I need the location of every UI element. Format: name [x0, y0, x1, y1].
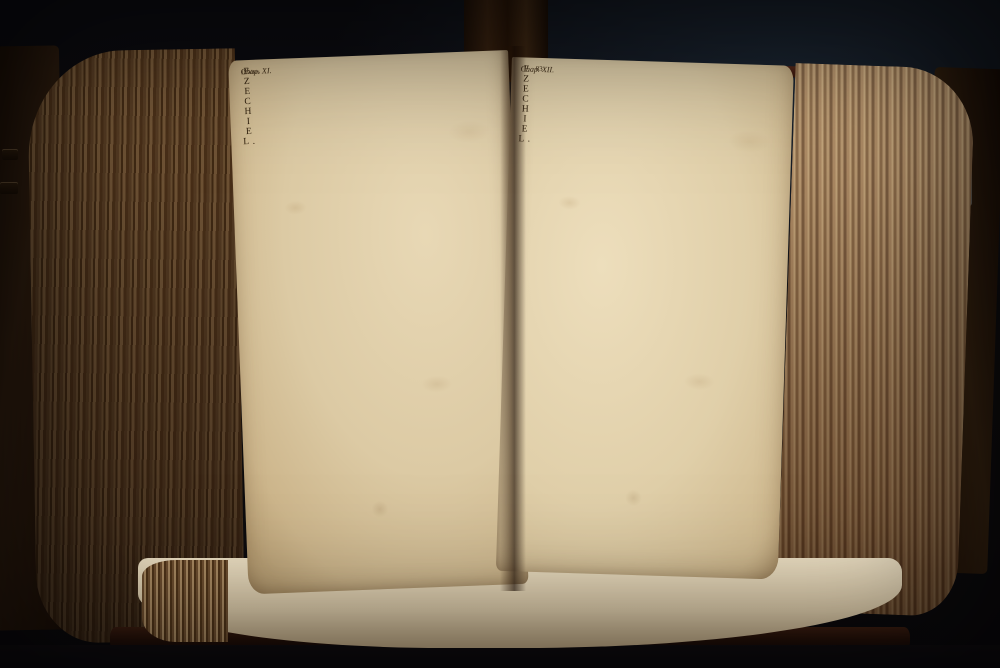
table-front	[0, 645, 1000, 668]
left-page: Chap. XI. E Z E C H I E L. & la semblanc…	[228, 50, 528, 594]
left-fore-edge	[27, 48, 245, 644]
page-stains	[228, 50, 528, 594]
running-title: E Z E C H I E L.	[240, 67, 258, 148]
right-fore-edge	[776, 63, 975, 617]
page-stains	[496, 57, 794, 580]
clasp-icon	[0, 182, 18, 194]
page-number: 83	[521, 64, 543, 73]
right-page: Chap. XII. E Z E C H I E L. 83 10 Vous t…	[496, 57, 794, 580]
bottom-stack-edge	[142, 560, 228, 642]
clasp-icon	[2, 149, 18, 160]
running-title: E Z E C H I E L.	[518, 64, 536, 144]
photo-of-antique-bible: Chap. XI. E Z E C H I E L. & la semblanc…	[0, 0, 1000, 668]
